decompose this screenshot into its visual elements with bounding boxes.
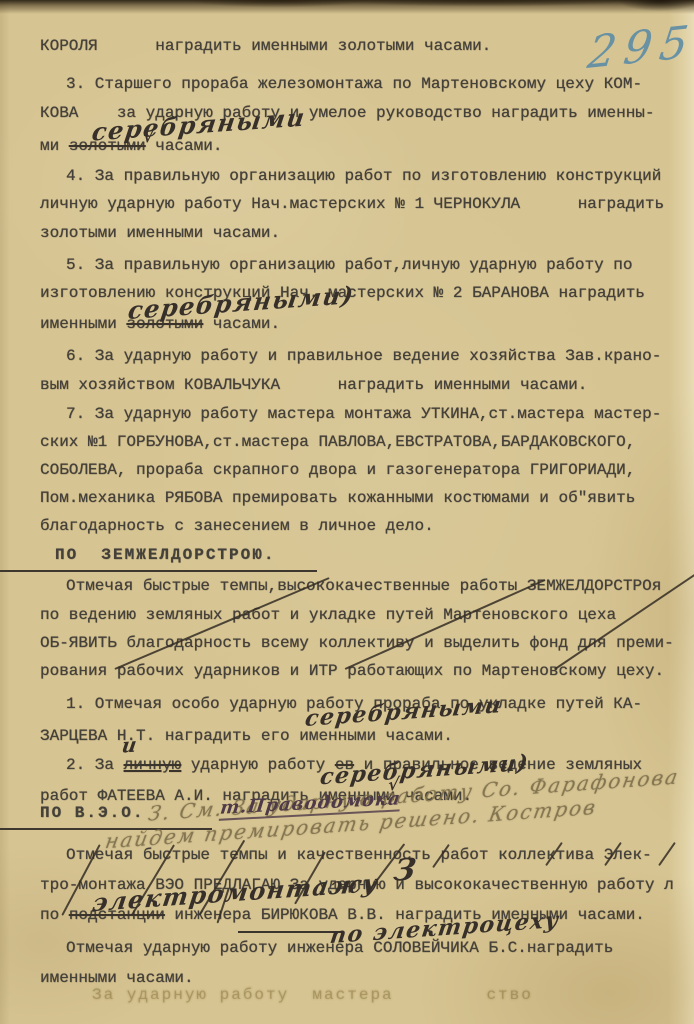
typed-line: золотыми именными часами. — [40, 223, 280, 243]
underline-mark — [238, 931, 343, 933]
typed-line: Отмечая быстрые темпы,высококачественные… — [66, 576, 661, 596]
typed-line: 4. За правильную организацию работ по из… — [66, 166, 661, 186]
ghost-text: За ударную работу мастера ство — [92, 986, 533, 1004]
torn-edge-top — [0, 0, 694, 14]
typed-line: вым хозяйством КОВАЛЬЧУКА наградить имен… — [40, 375, 587, 395]
typed-line: Пом.механика РЯБОВА премировать кожанным… — [40, 488, 635, 508]
struck-word: личную — [124, 756, 182, 774]
typed-line: 5. За правильную организацию работ,личну… — [66, 255, 633, 275]
page-number-handwritten: 295 — [585, 16, 694, 79]
typed-line: личную ударную работу Нач.мастерских № 1… — [40, 194, 664, 214]
typed-segment: ми — [40, 137, 69, 155]
typed-line: 7. За ударную работу мастера монтажа УТК… — [66, 404, 661, 424]
typed-line: именными часами. — [40, 968, 194, 988]
typed-line: СОБОЛЕВА, прораба скрапного двора и газо… — [40, 460, 635, 480]
section-heading-zemzheldorstroy: ПО ЗЕМЖЕЛДОРСТРОЮ. — [0, 545, 317, 572]
typed-line: 6. За ударную работу и правильное ведени… — [66, 346, 661, 366]
typed-line: по ведению земляных работ и укладке путе… — [40, 605, 616, 625]
typed-line: КОРОЛЯ наградить именными золотыми часам… — [40, 36, 491, 56]
handwritten-i-mark: и — [120, 732, 139, 757]
typed-line: 3. Старшего прораба железомонтажа по Мар… — [66, 74, 642, 94]
strike-slash — [658, 842, 676, 866]
typed-segment: 2. За — [66, 756, 124, 774]
typed-line: ОБ-ЯВИТЬ благодарность всему коллективу … — [40, 633, 674, 653]
typed-line: благодарность с занесением в личное дело… — [40, 516, 434, 536]
paper-page: 295 КОРОЛЯ наградить именными золотыми ч… — [0, 0, 694, 1024]
typed-line: ских №1 ГОРБУНОВА,ст.мастера ПАВЛОВА,ЕВС… — [40, 432, 635, 452]
typed-segment: ударную работу — [181, 756, 335, 774]
typed-segment: именными — [40, 315, 126, 333]
typed-line: ЗАРЦЕВА Н.Т. наградить его именными часа… — [40, 726, 453, 746]
